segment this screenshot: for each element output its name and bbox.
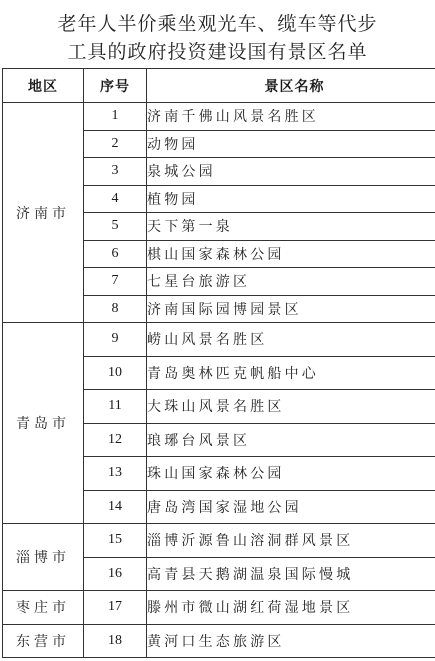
scenic-name: 济南国际园博园景区 <box>147 295 435 323</box>
header-scenic-name: 景区名称 <box>147 69 435 103</box>
row-number: 4 <box>84 185 147 213</box>
scenic-name: 动物园 <box>147 130 435 158</box>
region-cell: 东营市 <box>3 624 84 658</box>
row-number: 9 <box>84 323 147 357</box>
row-number: 12 <box>84 423 147 457</box>
header-number: 序号 <box>84 69 147 103</box>
scenic-name: 唐岛湾国家湿地公园 <box>147 490 435 524</box>
scenic-name: 济南千佛山风景名胜区 <box>147 103 435 131</box>
row-number: 5 <box>84 213 147 241</box>
scenic-name: 七星台旅游区 <box>147 268 435 296</box>
row-number: 2 <box>84 130 147 158</box>
scenic-name: 泉城公园 <box>147 158 435 186</box>
table-row: 青岛市 9 崂山风景名胜区 <box>3 323 435 357</box>
region-cell: 枣庄市 <box>3 591 84 625</box>
region-cell: 济南市 <box>3 103 84 323</box>
row-number: 3 <box>84 158 147 186</box>
scenic-name: 青岛奥林匹克帆船中心 <box>147 356 435 390</box>
row-number: 7 <box>84 268 147 296</box>
row-number: 8 <box>84 295 147 323</box>
row-number: 17 <box>84 591 147 625</box>
table-row: 枣庄市 17 滕州市微山湖红荷湿地景区 <box>3 591 435 625</box>
row-number: 11 <box>84 390 147 424</box>
document-title-line-2: 工具的政府投资建设国有景区名单 <box>0 37 435 64</box>
table-row: 东营市 18 黄河口生态旅游区 <box>3 624 435 658</box>
scenic-name: 植物园 <box>147 185 435 213</box>
scenic-name: 珠山国家森林公园 <box>147 457 435 491</box>
row-number: 10 <box>84 356 147 390</box>
region-cell: 淄博市 <box>3 524 84 591</box>
scenic-name: 棋山国家森林公园 <box>147 240 435 268</box>
table-row: 济南市 1 济南千佛山风景名胜区 <box>3 103 435 131</box>
row-number: 14 <box>84 490 147 524</box>
row-number: 6 <box>84 240 147 268</box>
scenic-area-table: 地区 序号 景区名称 济南市 1 济南千佛山风景名胜区 2 动物园 3 泉城公园… <box>2 68 435 658</box>
document-title-line-1: 老年人半价乘坐观光车、缆车等代步 <box>0 9 435 36</box>
scenic-name: 琅琊台风景区 <box>147 423 435 457</box>
row-number: 15 <box>84 524 147 558</box>
table-row: 淄博市 15 淄博沂源鲁山溶洞群风景区 <box>3 524 435 558</box>
scenic-name: 崂山风景名胜区 <box>147 323 435 357</box>
region-cell: 青岛市 <box>3 323 84 524</box>
scenic-name: 天下第一泉 <box>147 213 435 241</box>
scenic-name: 滕州市微山湖红荷湿地景区 <box>147 591 435 625</box>
scenic-name: 大珠山风景名胜区 <box>147 390 435 424</box>
table-header-row: 地区 序号 景区名称 <box>3 69 435 103</box>
scenic-name: 淄博沂源鲁山溶洞群风景区 <box>147 524 435 558</box>
row-number: 18 <box>84 624 147 658</box>
scenic-name: 黄河口生态旅游区 <box>147 624 435 658</box>
row-number: 13 <box>84 457 147 491</box>
row-number: 16 <box>84 557 147 591</box>
scenic-name: 高青县天鹅湖温泉国际慢城 <box>147 557 435 591</box>
row-number: 1 <box>84 103 147 131</box>
header-region: 地区 <box>3 69 84 103</box>
